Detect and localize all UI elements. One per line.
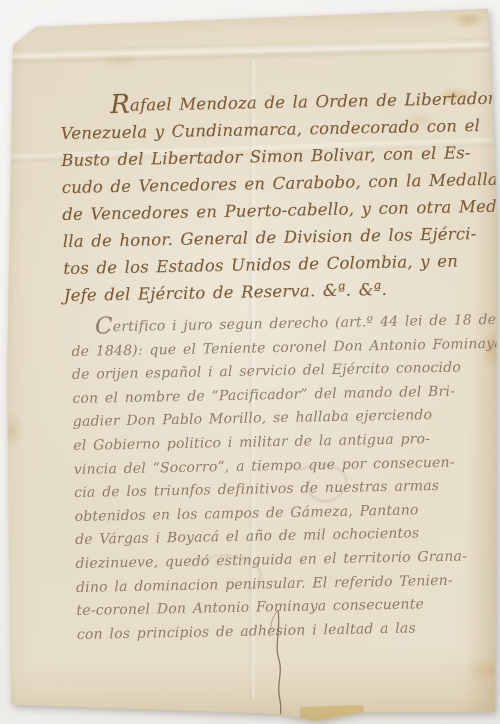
photo-backdrop: Rafael Mendoza de la Orden de Libertador… — [0, 0, 500, 724]
drop-initial-c: C — [95, 313, 113, 339]
manuscript-line-text: ertifico i juro segun derecho (art.º 44 … — [113, 311, 500, 335]
tape-repair-stain — [300, 705, 365, 724]
manuscript-sheet-wrap: Rafael Mendoza de la Orden de Libertador… — [0, 0, 500, 724]
drop-initial-r: R — [110, 90, 130, 120]
horizontal-fold-crease — [0, 38, 500, 66]
heading-paragraph: Rafael Mendoza de la Orden de Libertador… — [60, 85, 466, 309]
manuscript-line-text: afael Mendoza de la Orden de Libertadore… — [130, 88, 500, 115]
manuscript-page: Rafael Mendoza de la Orden de Libertador… — [0, 0, 500, 724]
certification-paragraph: Certifico i juro segun derecho (art.º 44… — [71, 309, 469, 648]
